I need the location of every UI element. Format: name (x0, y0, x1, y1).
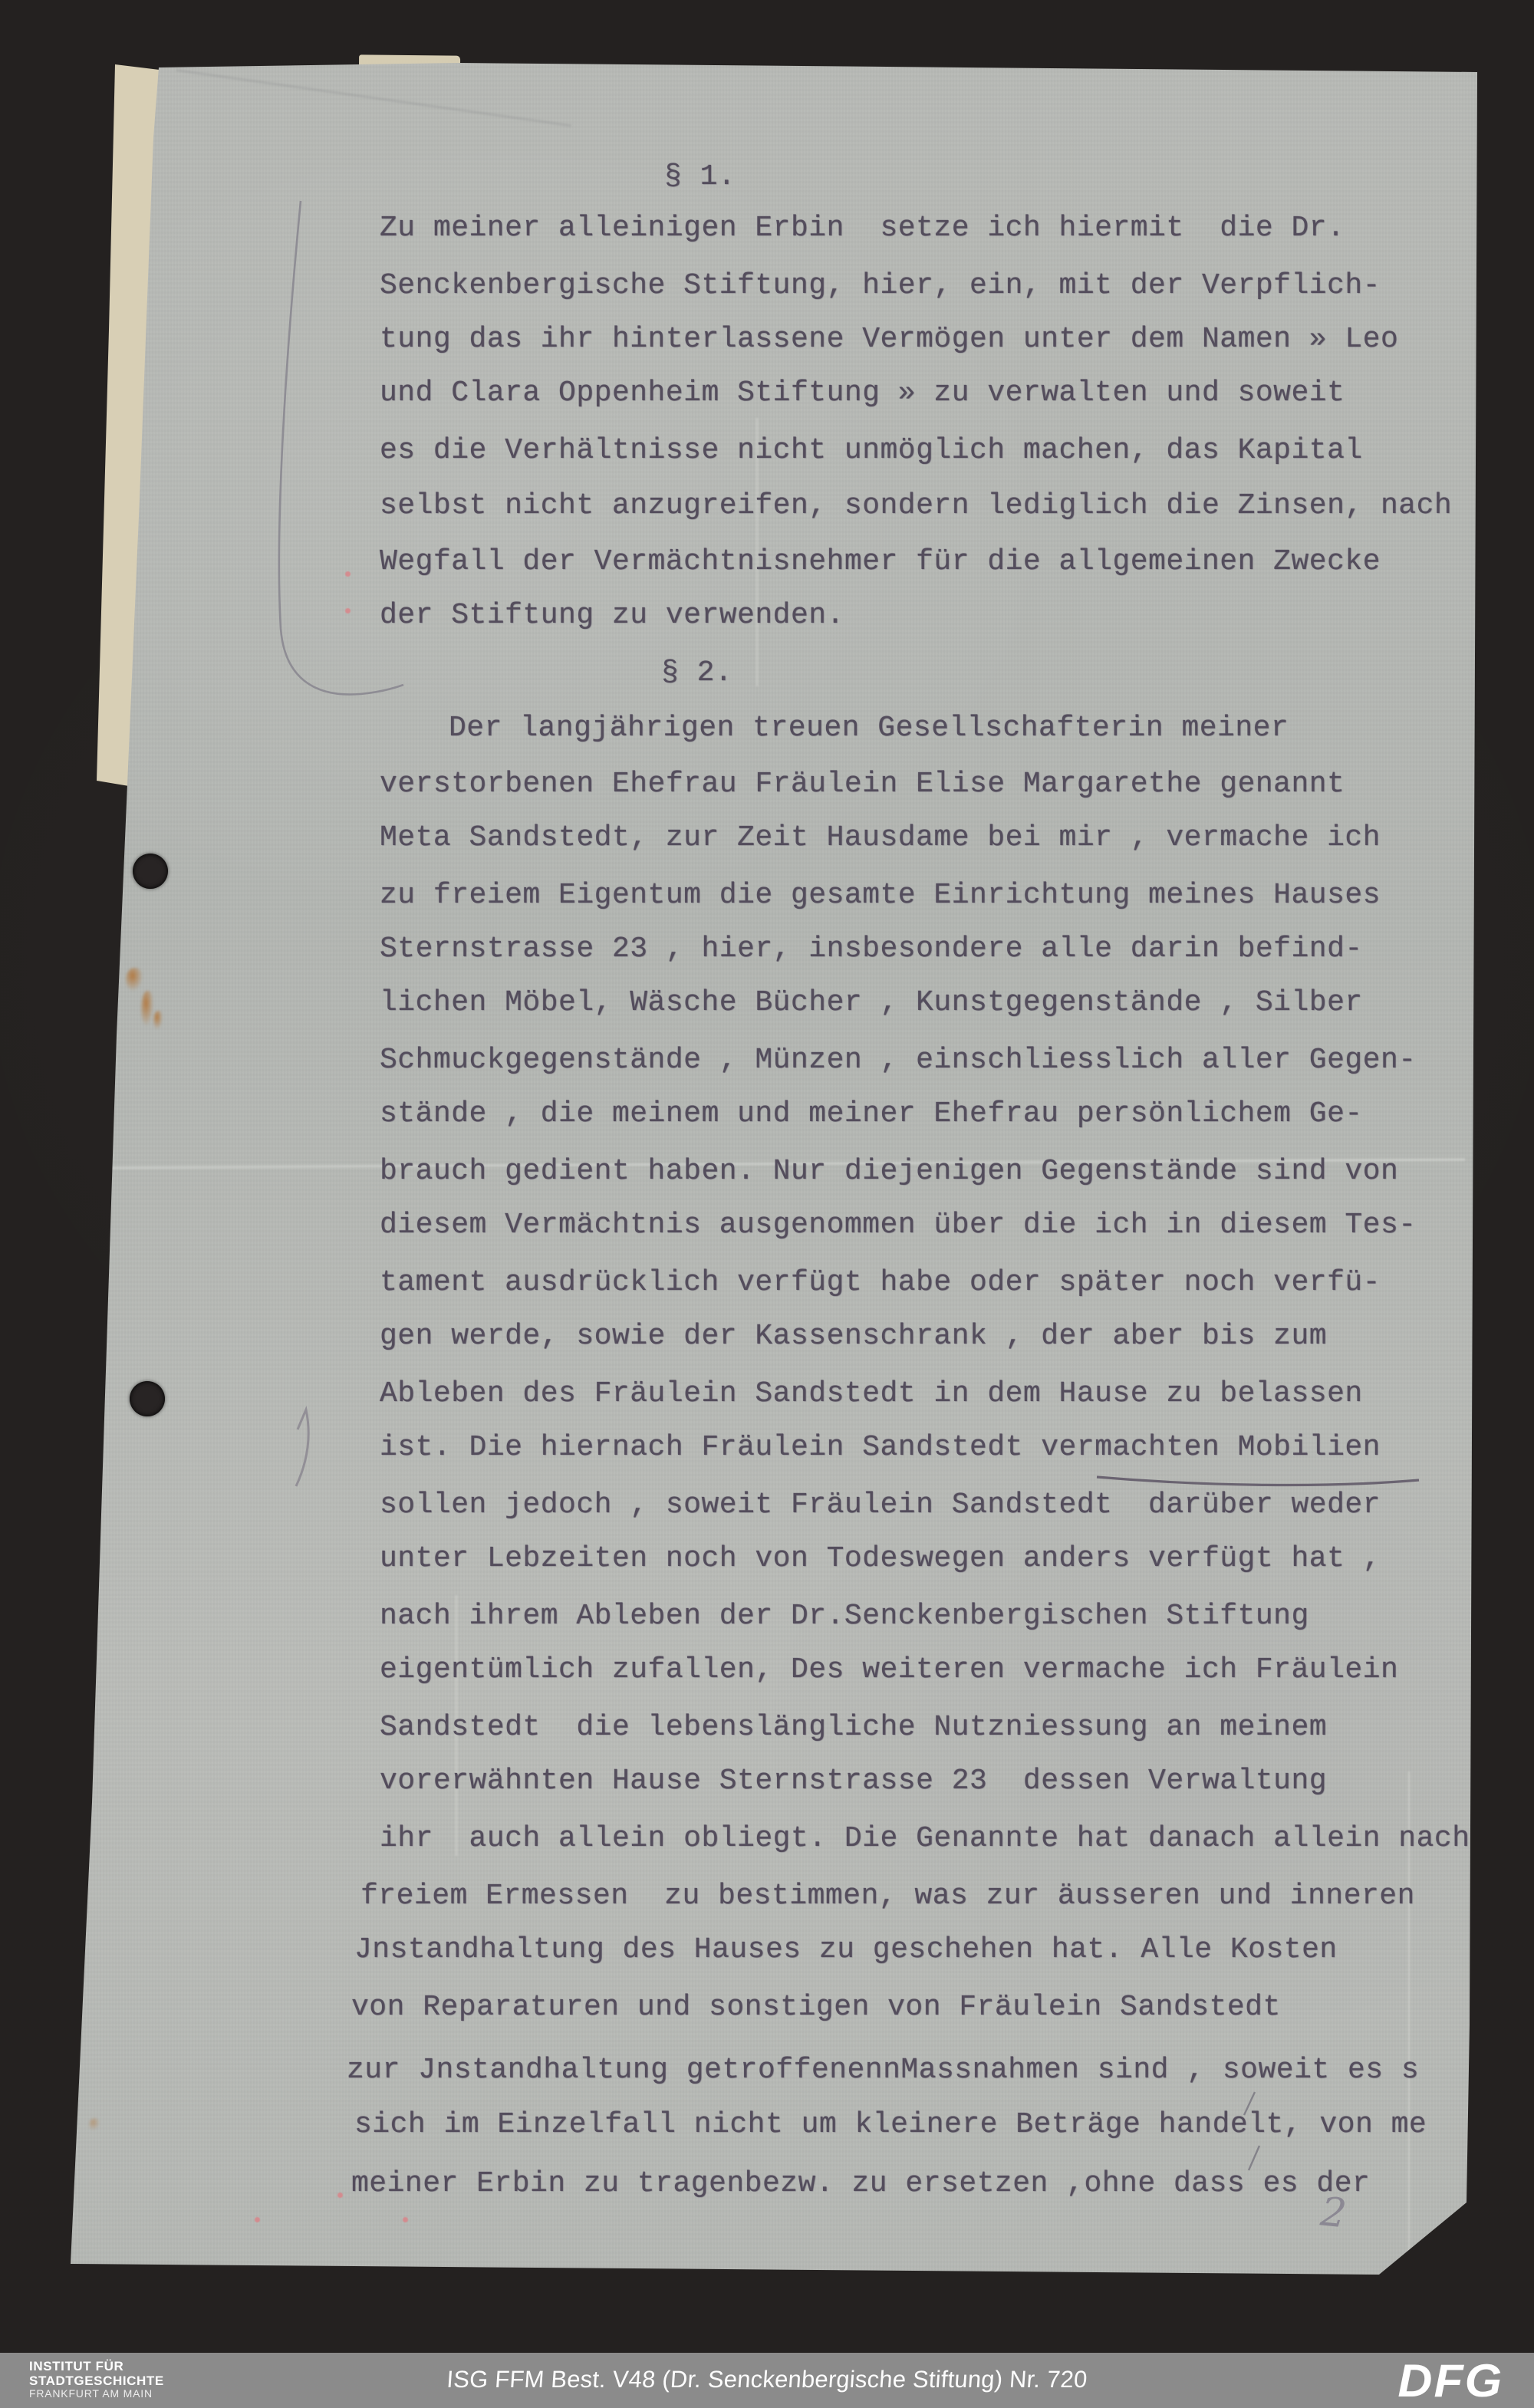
ink-speck (403, 2217, 408, 2222)
rust-stain (153, 1011, 163, 1029)
pencil-page-number: 2 (1318, 2189, 1348, 2237)
text-line: diesem Vermächtnis ausgenommen über die … (380, 1211, 1417, 1240)
text-line: Jnstandhaltung des Hauses zu geschehen h… (354, 1936, 1338, 1965)
ink-speck (337, 2193, 343, 2198)
text-line: der Stiftung zu verwenden. (380, 601, 844, 630)
ink-speck (345, 571, 351, 577)
text-line: Sternstrasse 23 , hier, insbesondere all… (380, 935, 1363, 964)
text-line: gen werde, sowie der Kassenschrank , der… (380, 1322, 1327, 1351)
text-line: lichen Möbel, Wäsche Bücher , Kunstgegen… (380, 989, 1363, 1018)
document-page: § 1.Zu meiner alleinigen Erbin setze ich… (0, 0, 1534, 2408)
ink-speck (255, 2217, 260, 2222)
text-line: unter Lebzeiten noch von Todeswegen ande… (380, 1544, 1381, 1574)
text-line: tament ausdrücklich verfügt habe oder sp… (380, 1268, 1381, 1298)
pencil-annotations (0, 0, 1534, 2408)
text-line: von Reparaturen und sonstigen von Fräule… (351, 1993, 1281, 2022)
text-line: eigentümlich zufallen, Des weiteren verm… (380, 1656, 1398, 1685)
text-line: und Clara Oppenheim Stiftung » zu verwal… (380, 379, 1345, 408)
text-line: Ableben des Fräulein Sandstedt in dem Ha… (380, 1380, 1363, 1409)
text-line: Der langjährigen treuen Gesellschafterin… (449, 714, 1289, 743)
text-line: Zu meiner alleinigen Erbin setze ich hie… (380, 214, 1345, 243)
dfg-logo: DFG (1398, 2354, 1504, 2407)
punch-hole (133, 854, 168, 889)
text-line: Sandstedt die lebenslängliche Nutzniessu… (380, 1713, 1327, 1742)
archive-reference: ISG FFM Best. V48 (Dr. Senckenbergische … (0, 2366, 1534, 2393)
text-line: Senckenbergische Stiftung, hier, ein, mi… (380, 271, 1381, 301)
text-line: Wegfall der Vermächtnisnehmer für die al… (380, 548, 1381, 577)
text-line: tung das ihr hinterlassene Vermögen unte… (380, 325, 1398, 354)
rust-stain (126, 968, 143, 991)
section-heading: § 1. (664, 163, 736, 192)
section-heading: § 2. (661, 659, 732, 688)
text-line: freiem Ermessen zu bestimmen, was zur äu… (360, 1882, 1415, 1911)
text-line: vorerwähnten Hause Sternstrasse 23 desse… (380, 1767, 1327, 1796)
ink-underline (1097, 1477, 1419, 1485)
text-line: zur Jnstandhaltung getroffenennMassnahme… (347, 2056, 1419, 2085)
rust-stain (89, 2118, 100, 2130)
punch-hole (130, 1381, 165, 1416)
scan-background: § 1.Zu meiner alleinigen Erbin setze ich… (0, 0, 1534, 2408)
text-line: meiner Erbin zu tragenbezw. zu ersetzen … (351, 2170, 1370, 2199)
text-line: zu freiem Eigentum die gesamte Einrichtu… (380, 881, 1381, 910)
pencil-check-mark (296, 1410, 308, 1486)
text-line: brauch gedient haben. Nur diejenigen Geg… (380, 1157, 1398, 1186)
footer-bar: INSTITUT FÜR STADTGESCHICHTE FRANKFURT A… (0, 2353, 1534, 2408)
text-line: Meta Sandstedt, zur Zeit Hausdame bei mi… (380, 824, 1381, 853)
text-line: stände , die meinem und meiner Ehefrau p… (380, 1100, 1363, 1129)
text-line: Schmuckgegenstände , Münzen , einschlies… (380, 1046, 1417, 1075)
text-line: ist. Die hiernach Fräulein Sandstedt ver… (380, 1433, 1381, 1462)
text-line: verstorbenen Ehefrau Fräulein Elise Marg… (380, 770, 1345, 799)
ink-speck (345, 608, 351, 614)
text-line: sich im Einzelfall nicht um kleinere Bet… (354, 2110, 1427, 2140)
rust-stain (141, 991, 153, 1026)
text-line: es die Verhältnisse nicht unmöglich mach… (380, 436, 1363, 465)
text-line: selbst nicht anzugreifen, sondern ledigl… (380, 492, 1452, 521)
text-line: sollen jedoch , soweit Fräulein Sandsted… (380, 1491, 1381, 1520)
text-line: ihr auch allein obliegt. Die Genannte ha… (380, 1824, 1470, 1854)
crease-line (176, 69, 571, 127)
text-line: nach ihrem Ableben der Dr.Senckenbergisc… (380, 1602, 1309, 1631)
